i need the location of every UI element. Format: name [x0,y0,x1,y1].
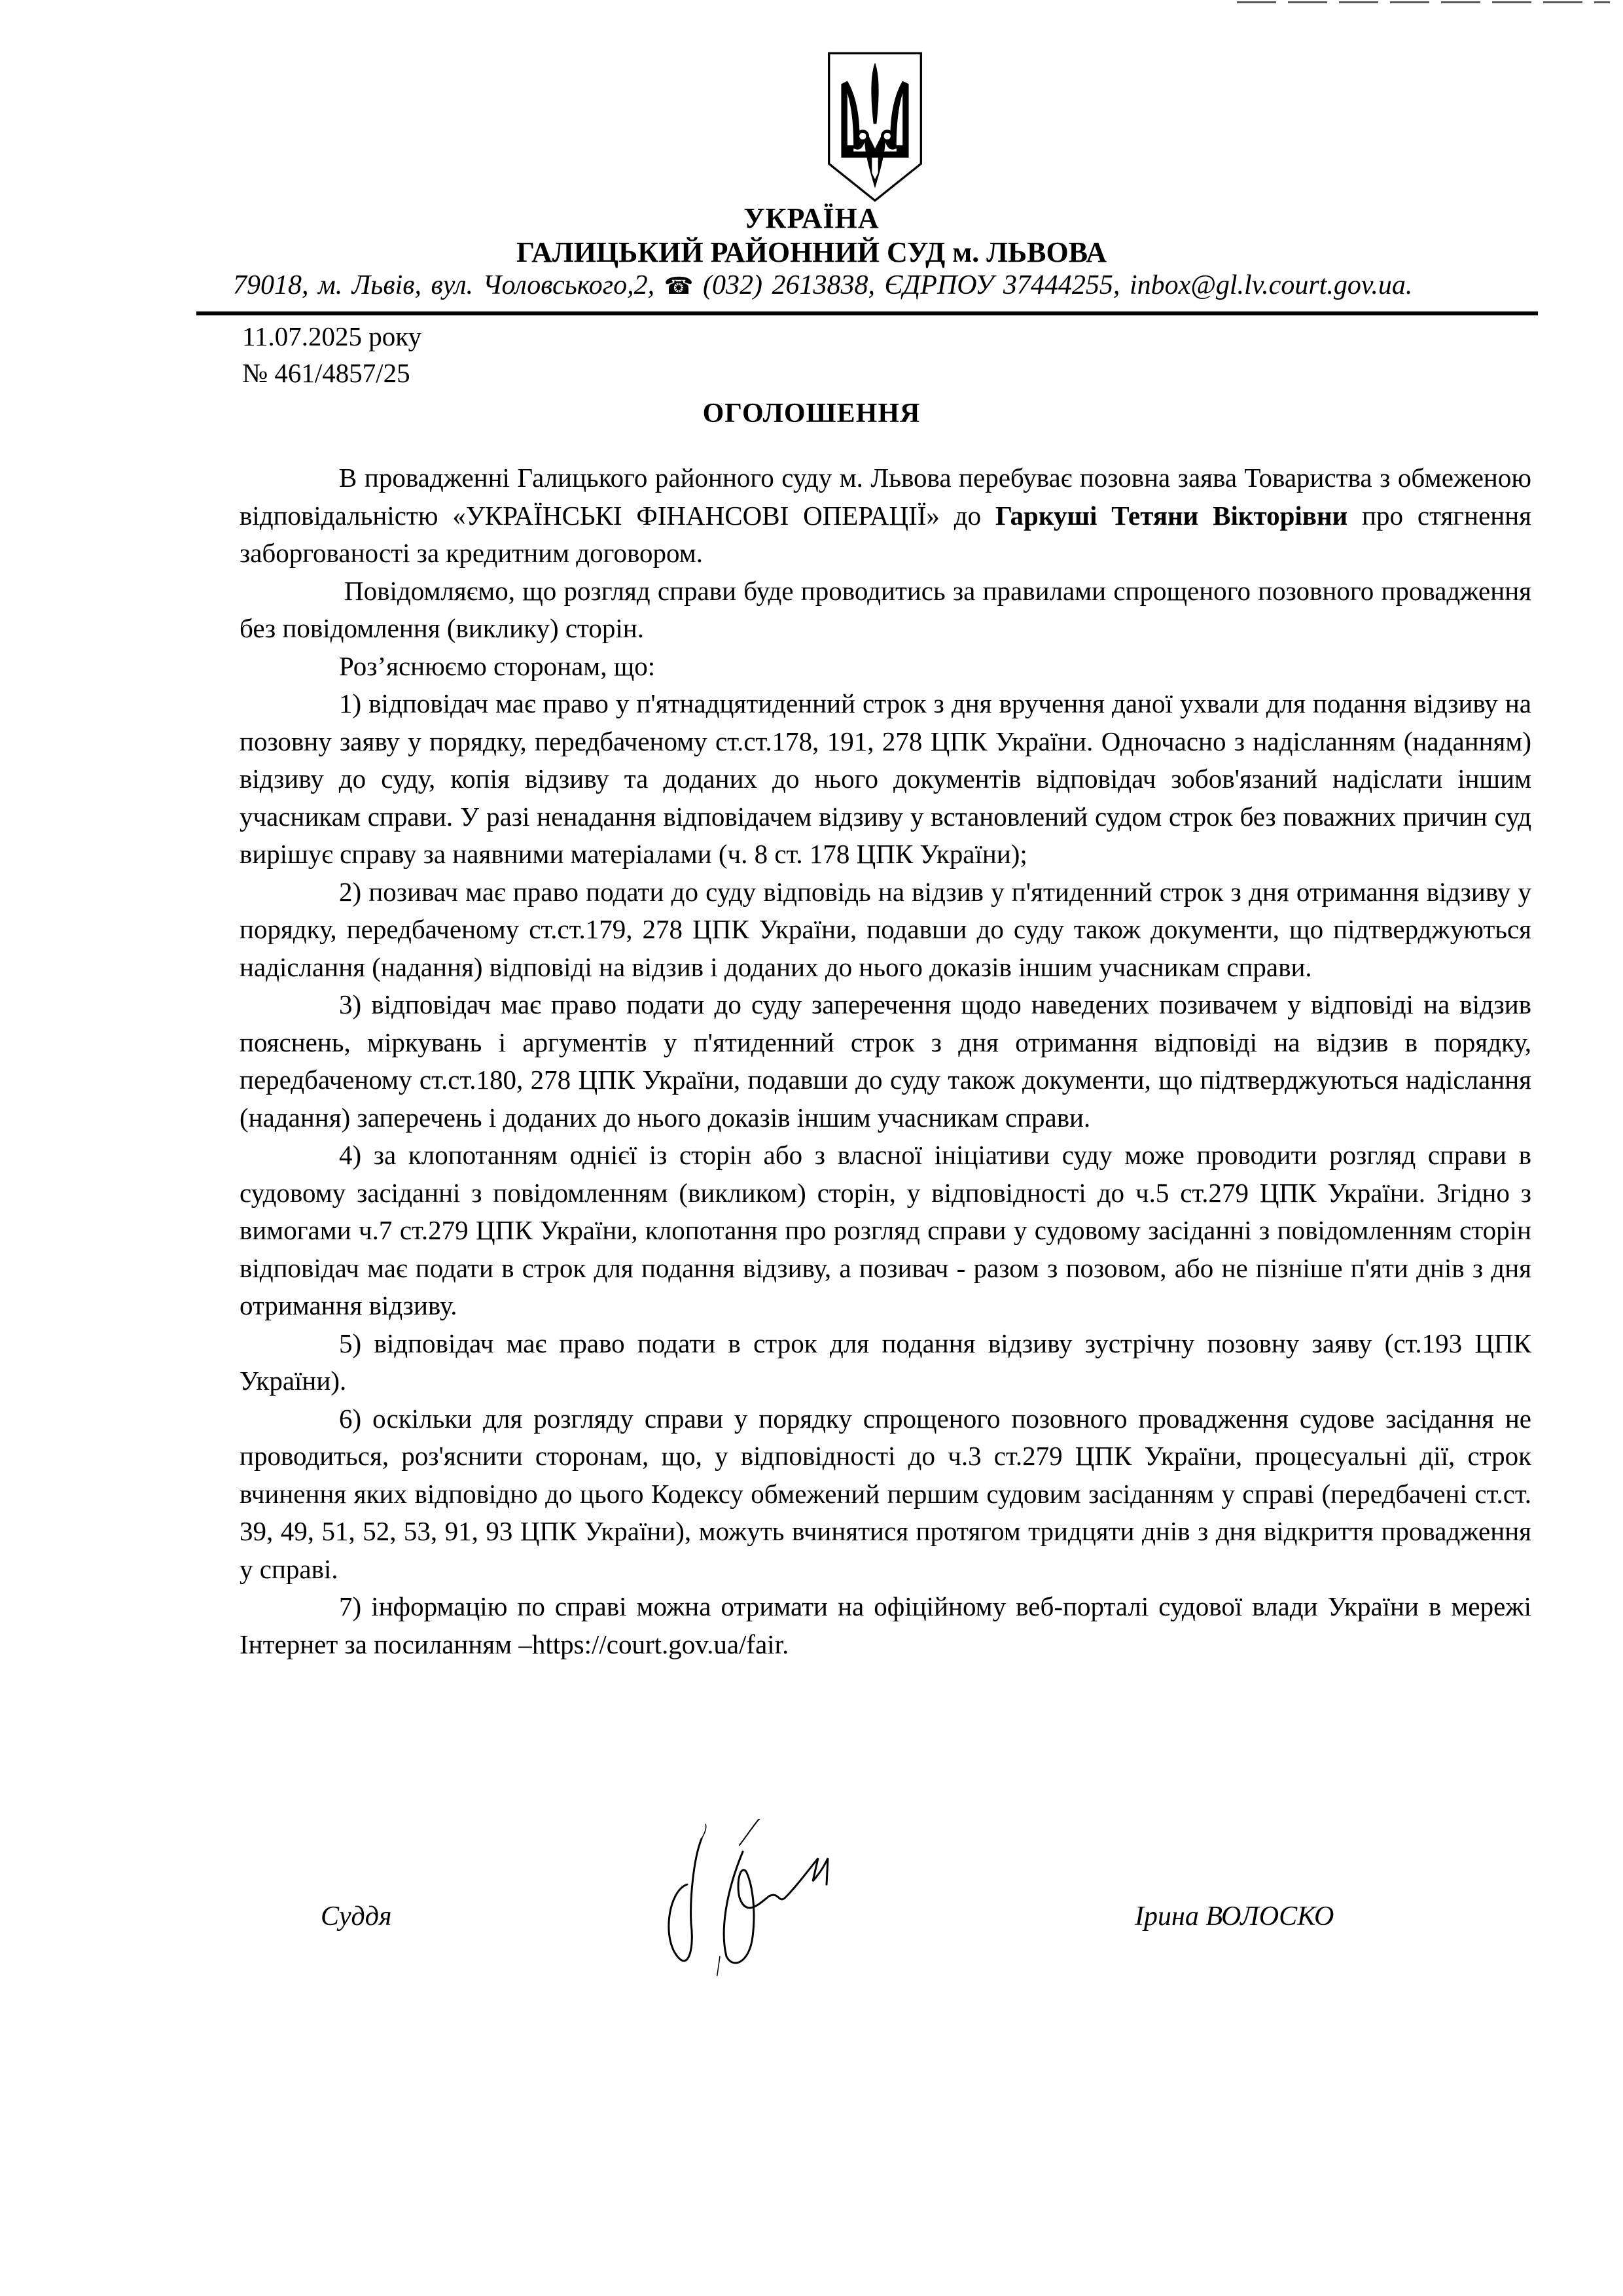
rights-item-6: 6) оскільки для розгляду справи у порядк… [240,1400,1531,1589]
signatory-role: Суддя [321,1901,392,1932]
intro-paragraph: В провадженні Галицького районного суду … [240,459,1531,573]
handwritten-signature-icon [628,1819,995,1976]
rights-item-4: 4) за клопотанням однієї із сторін або з… [240,1137,1531,1325]
court-phone: (032) 2613838, [703,270,875,300]
announcement-body: В провадженні Галицького районного суду … [240,459,1531,1663]
court-edrpou: ЄДРПОУ 37444255, [884,270,1120,300]
document-date: 11.07.2025 року [242,321,421,352]
court-address: 79018, м. Львів, вул. Чоловського,2, [233,270,654,300]
judge-name: Ірина ВОЛОСКО [1135,1901,1334,1932]
rights-item-3: 3) відповідач має право подати до суду з… [240,986,1531,1137]
defendant-name: Гаркуші Тетяни Вікторівни [995,501,1347,531]
header-divider [196,311,1538,315]
rights-item-2: 2) позивач має право подати до суду відп… [240,874,1531,987]
telephone-icon: ☎ [664,272,694,300]
procedure-paragraph: Повідомляємо, що розгляд справи буде про… [240,573,1531,648]
trident-coat-of-arms-icon [826,48,924,205]
court-name-heading: ГАЛИЦЬКИЙ РАЙОННИЙ СУД м. ЛЬВОВА [0,236,1623,269]
explanation-lead: Роз’яснюємо сторонам, що: [240,648,1531,686]
court-email[interactable]: inbox@gl.lv.court.gov.ua. [1130,270,1413,300]
court-contacts: 79018, м. Львів, вул. Чоловського,2, ☎ (… [233,270,1509,301]
rights-item-7: 7) інформацію по справі можна отримати н… [240,1588,1531,1663]
document-title: ОГОЛОШЕННЯ [0,398,1623,429]
rights-item-5: 5) відповідач має право подати в строк д… [240,1325,1531,1400]
country-heading: УКРАЇНА [0,202,1623,235]
rights-item-1: 1) відповідач має право у п'ятнадцятиден… [240,685,1531,874]
scan-edge-artifact [1237,1,1610,3]
case-number: № 461/4857/25 [242,357,410,389]
